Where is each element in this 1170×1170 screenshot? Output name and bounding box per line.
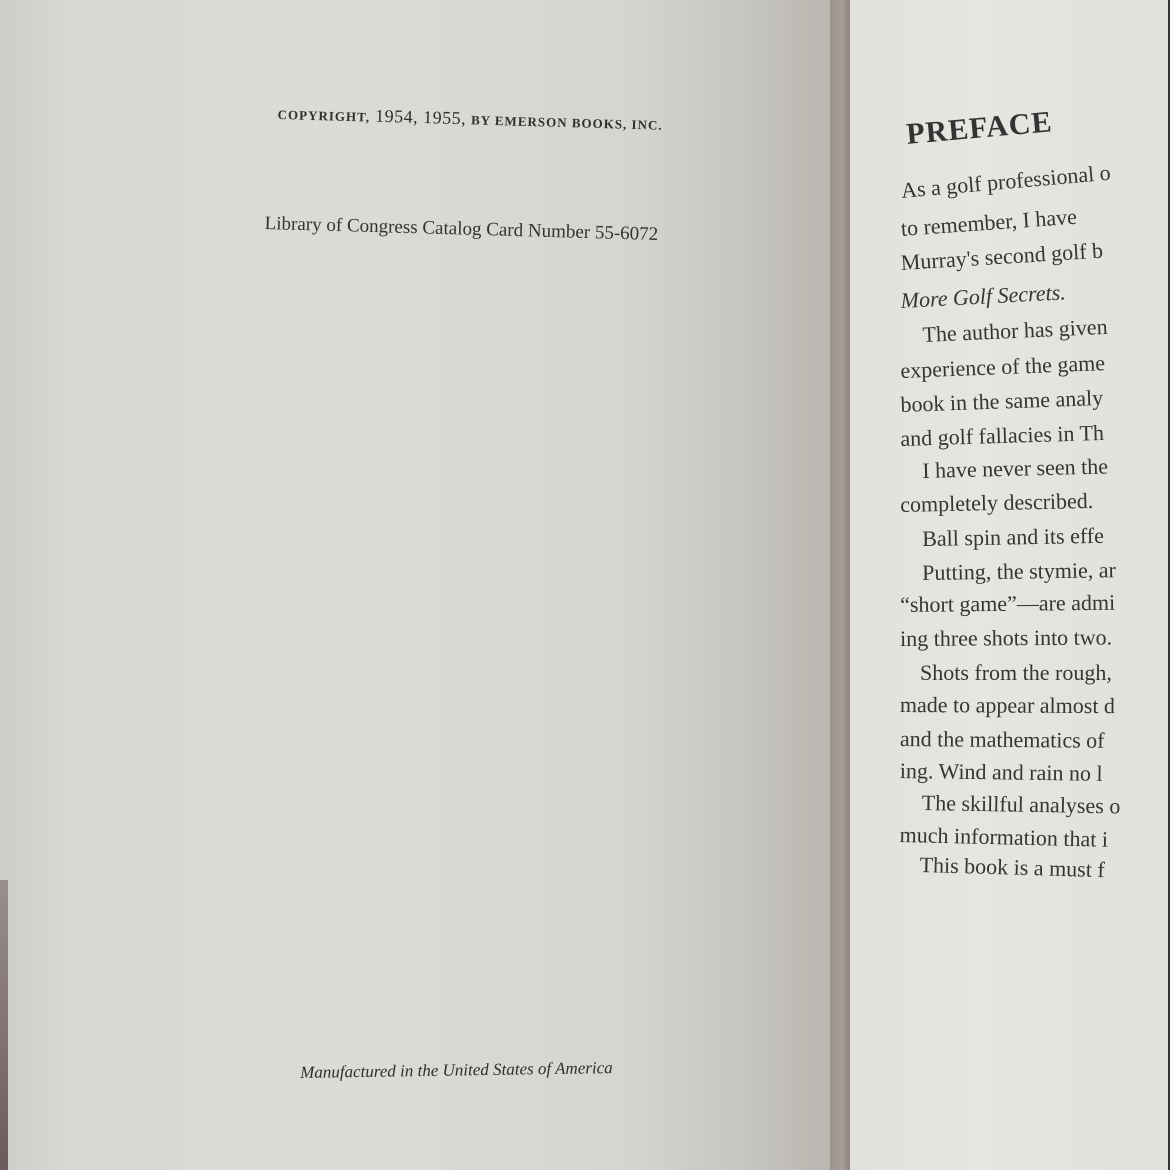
body-line: This book is a must f	[919, 852, 1105, 883]
right-page: PREFACE As a golf professional o to reme…	[850, 0, 1170, 1170]
body-line: and the mathematics of	[900, 726, 1105, 754]
copyright-notice: COPYRIGHT, 1954, 1955, BY EMERSON BOOKS,…	[277, 103, 663, 135]
body-line: The skillful analyses o	[922, 790, 1121, 819]
body-line: completely described.	[900, 488, 1094, 518]
copyright-years: 1954, 1955,	[375, 106, 467, 129]
body-line: much information that i	[899, 822, 1108, 853]
body-line: Murray's second golf b	[900, 238, 1104, 276]
left-page: COPYRIGHT, 1954, 1955, BY EMERSON BOOKS,…	[0, 0, 830, 1170]
body-line: book in the same analy	[900, 385, 1104, 418]
preface-heading-block: PREFACE	[905, 105, 1054, 152]
body-line: “short game”—are admi	[900, 590, 1115, 618]
body-line: and golf fallacies in Th	[900, 420, 1104, 452]
lccn-line: Library of Congress Catalog Card Number …	[264, 213, 658, 246]
body-line: to remember, I have	[900, 204, 1078, 242]
book-spine-gutter	[830, 0, 850, 1170]
copyright-publisher: BY EMERSON BOOKS, INC.	[471, 112, 663, 132]
body-line: Shots from the rough,	[920, 660, 1112, 686]
book-cover-edge	[0, 880, 8, 1170]
body-line: The author has given	[922, 314, 1108, 348]
body-line: I have never seen the	[922, 453, 1108, 484]
body-line: ing. Wind and rain no l	[900, 758, 1103, 787]
body-line: ing three shots into two.	[900, 625, 1112, 652]
body-line: More Golf Secrets.	[900, 279, 1066, 314]
preface-title: PREFACE	[905, 105, 1054, 152]
body-line: As a golf professional o	[900, 160, 1112, 204]
body-line: Putting, the stymie, ar	[922, 557, 1116, 586]
manufactured-line: Manufactured in the United States of Ame…	[300, 1058, 613, 1083]
copyright-prefix: COPYRIGHT,	[277, 107, 370, 125]
body-line: experience of the game	[900, 350, 1105, 384]
body-line: made to appear almost d	[900, 692, 1115, 719]
body-line: Ball spin and its effe	[922, 523, 1104, 552]
